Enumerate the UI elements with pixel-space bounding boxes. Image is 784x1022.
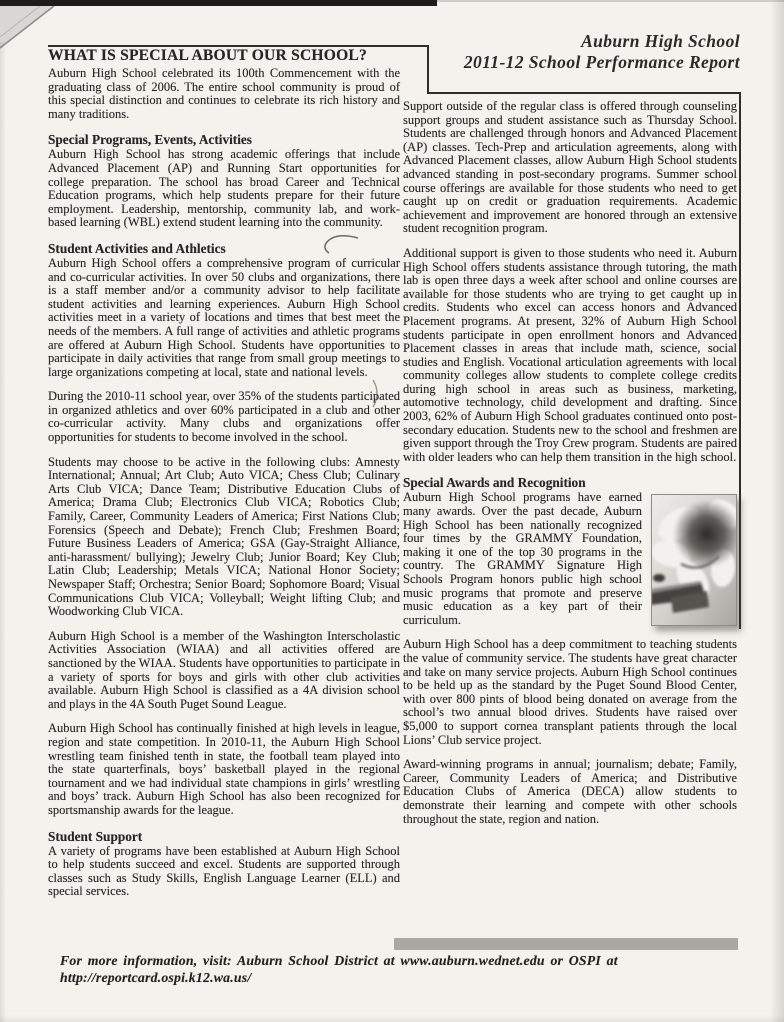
section-heading-special-programs: Special Programs, Events, Activities xyxy=(48,132,400,147)
header-school-name: Auburn High School xyxy=(420,31,740,52)
gramophone-photo xyxy=(651,494,737,626)
footer-text: For more information, visit: Auburn Scho… xyxy=(60,952,760,986)
left-column: WHAT IS SPECIAL ABOUT OUR SCHOOL? Auburn… xyxy=(48,47,400,910)
pen-mark-artifact xyxy=(370,378,384,410)
scan-edge-left-shade xyxy=(0,42,6,1022)
paragraph: Auburn High School offers a comprehensiv… xyxy=(48,257,400,379)
scan-edge-right-shade xyxy=(770,0,784,1022)
footer-gray-bar xyxy=(394,938,738,950)
scan-edge-bottom-shade xyxy=(0,1015,784,1022)
section-heading-student-support: Student Support xyxy=(48,829,400,844)
paragraph: Auburn High School has a deep commitment… xyxy=(403,638,737,747)
paragraph: Auburn High School has continually finis… xyxy=(48,722,400,817)
header-report-title: 2011-12 School Performance Report xyxy=(420,52,740,73)
paragraph: Auburn High School is a member of the Wa… xyxy=(48,630,400,712)
paragraph: During the 2010-11 school year, over 35%… xyxy=(48,390,400,444)
right-column: Support outside of the regular class is … xyxy=(403,100,737,837)
paragraph: Auburn High School has strong academic o… xyxy=(48,148,400,230)
awards-block: Auburn High School programs have earned … xyxy=(403,491,737,627)
page-title: WHAT IS SPECIAL ABOUT OUR SCHOOL? xyxy=(48,47,400,64)
section-heading-special-awards: Special Awards and Recognition xyxy=(403,475,737,490)
pen-mark-artifact xyxy=(320,232,364,260)
rule-right-column-side xyxy=(739,92,741,629)
intro-paragraph: Auburn High School celebrated its 100th … xyxy=(48,67,400,121)
paragraph: Support outside of the regular class is … xyxy=(403,100,737,236)
report-header: Auburn High School 2011-12 School Perfor… xyxy=(420,31,740,73)
clubs-list-paragraph: Students may choose to be active in the … xyxy=(48,456,400,619)
scan-edge-top-light xyxy=(437,0,784,2)
paragraph: Award-winning programs in annual; journa… xyxy=(403,758,737,826)
paragraph: A variety of programs have been establis… xyxy=(48,845,400,899)
rule-right-column-top xyxy=(427,92,741,94)
scan-edge-top-bar xyxy=(0,0,437,6)
paragraph: Additional support is given to those stu… xyxy=(403,247,737,465)
